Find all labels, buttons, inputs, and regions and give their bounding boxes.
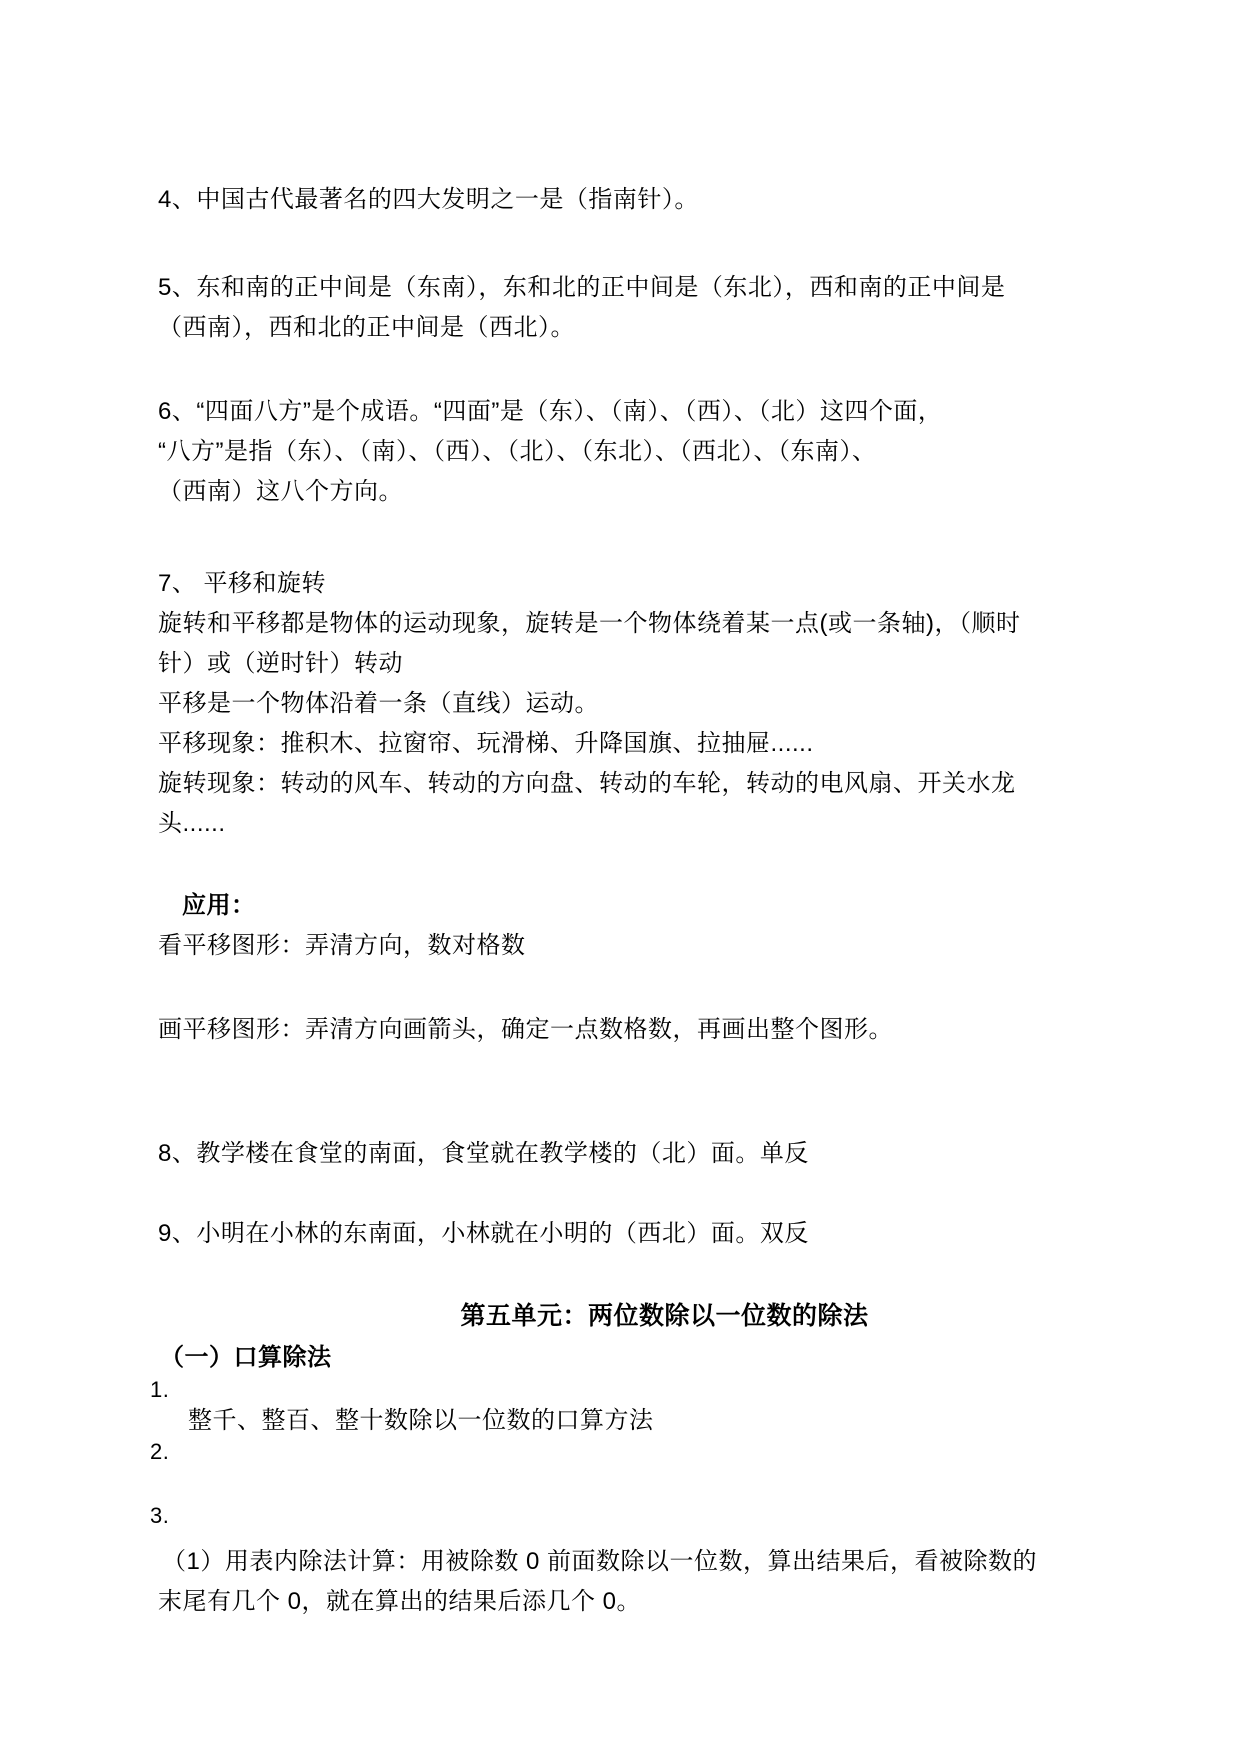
unit-5-subheading-oral-division: （一）口算除法: [160, 1340, 1171, 1376]
unit-5-heading: 第五单元：两位数除以一位数的除法: [158, 1296, 1171, 1336]
item-6-line-1: 6、“四面八方”是个成语。“四面”是（东）、（南）、（西）、（北）这四个面，: [158, 392, 1171, 432]
document-content: 4、中国古代最著名的四大发明之一是（指南针）。 5、东和南的正中间是（东南），东…: [0, 0, 1241, 1622]
list-item-1-text: 整千、整百、整十数除以一位数的口算方法: [188, 1404, 1171, 1438]
application-line-2: 画平移图形：弄清方向画箭头，确定一点数格数，再画出整个图形。: [158, 1010, 1171, 1050]
item-6-line-2: “八方”是指（东）、（南）、（西）、（北）、（东北）、（西北）、（东南）、: [158, 432, 1171, 472]
application-heading: 应用：: [182, 886, 1171, 926]
item-7-line-3: 平移是一个物体沿着一条（直线）运动。: [158, 684, 1171, 724]
list-number-1: 1.: [150, 1376, 1171, 1404]
item-7-line-5: 旋转现象：转动的风车、转动的方向盘、转动的车轮，转动的电风扇、开关水龙: [158, 764, 1171, 804]
item-7-line-6: 头......: [158, 804, 1171, 844]
application-line-1: 看平移图形：弄清方向，数对格数: [158, 926, 1171, 966]
item-7-line-1: 旋转和平移都是物体的运动现象，旋转是一个物体绕着某一点(或一条轴)，（顺时: [158, 604, 1171, 644]
document-page: 4、中国古代最著名的四大发明之一是（指南针）。 5、东和南的正中间是（东南），东…: [0, 0, 1241, 1754]
item-9-text: 9、小明在小林的东南面，小林就在小明的（西北）面。双反: [158, 1214, 1171, 1254]
point-1-line-1: （1）用表内除法计算：用被除数 0 前面数除以一位数，算出结果后，看被除数的: [162, 1542, 1171, 1582]
item-7-line-4: 平移现象：推积木、拉窗帘、玩滑梯、升降国旗、拉抽屉......: [158, 724, 1171, 764]
item-7-title: 7、 平移和旋转: [158, 564, 1171, 604]
point-1-line-2: 末尾有几个 0，就在算出的结果后添几个 0。: [158, 1582, 1171, 1622]
item-8-text: 8、教学楼在食堂的南面，食堂就在教学楼的（北）面。单反: [158, 1134, 1171, 1174]
list-number-2: 2.: [150, 1438, 1171, 1466]
list-number-3: 3.: [150, 1502, 1171, 1530]
item-5-line-2: （西南），西和北的正中间是（西北）。: [158, 308, 1171, 348]
item-7-line-2: 针）或（逆时针）转动: [158, 644, 1171, 684]
item-5-line-1: 5、东和南的正中间是（东南），东和北的正中间是（东北），西和南的正中间是: [158, 268, 1171, 308]
item-6-line-3: （西南）这八个方向。: [158, 472, 1171, 512]
item-4-text: 4、中国古代最著名的四大发明之一是（指南针）。: [158, 180, 1171, 220]
